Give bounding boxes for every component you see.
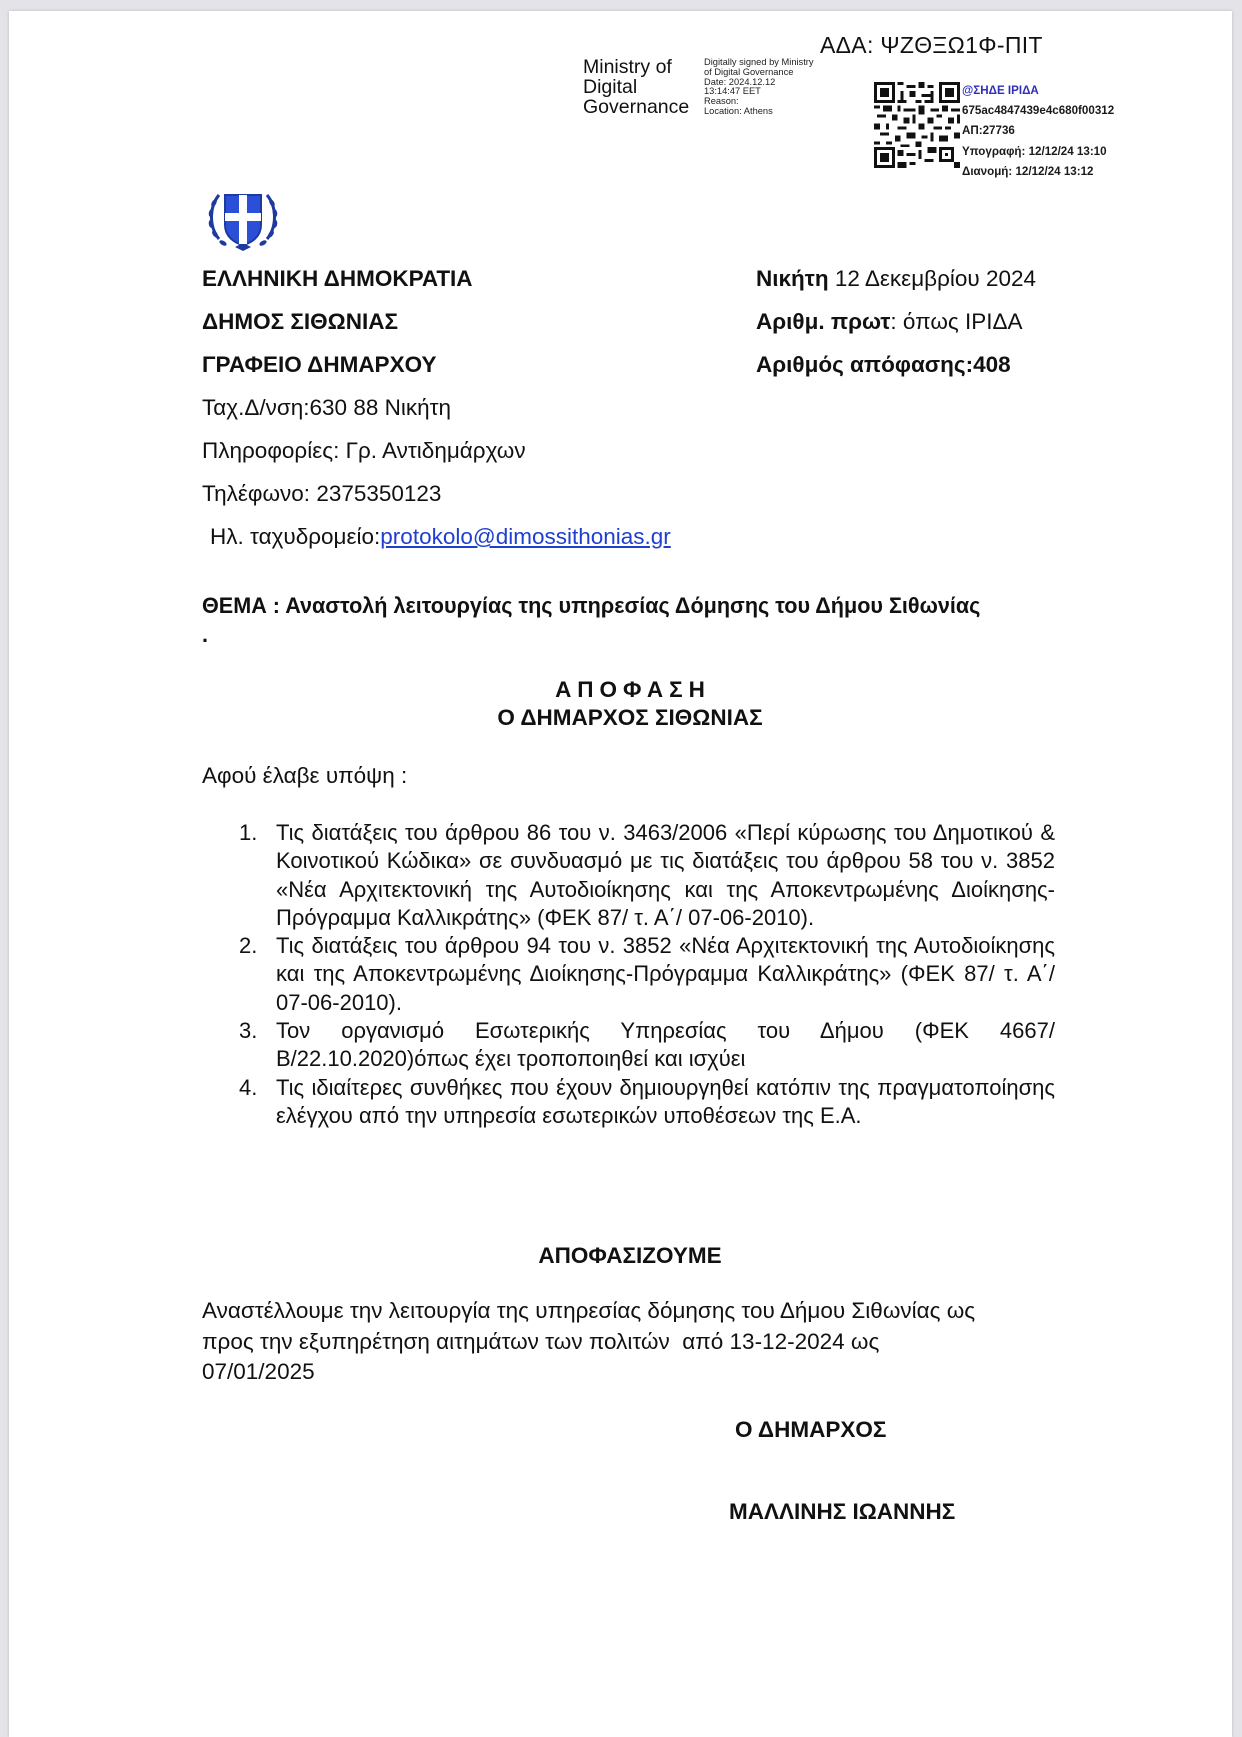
resolution-heading: ΑΠΟΦΑΣΙΖΟΥΜΕ bbox=[9, 1243, 1242, 1269]
irida-distributed: Διανομή: 12/12/24 13:12 bbox=[962, 162, 1114, 182]
document-meta: Νικήτη 12 Δεκεμβρίου 2024 Αριθμ. πρωτ: ό… bbox=[756, 257, 1036, 386]
email-line: Ηλ. ταχυδρομείο:protokolo@dimossithonias… bbox=[202, 515, 671, 558]
email-label: Ηλ. ταχυδρομείο: bbox=[210, 524, 380, 549]
issuer-block: ΕΛΛΗΝΙΚΗ ΔΗΜΟΚΡΑΤΙΑ ΔΗΜΟΣ ΣΙΘΩΝΙΑΣ ΓΡΑΦΕ… bbox=[202, 257, 671, 558]
irida-stamp: @ΣΗΔΕ ΙΡΙΔΑ 675ac4847439e4c680f00312 ΑΠ:… bbox=[962, 81, 1114, 182]
considerations-list: 1.Τις διατάξεις του άρθρου 86 του ν. 346… bbox=[239, 819, 1055, 1130]
resolution-text: Αναστέλλουμε την λειτουργία της υπηρεσία… bbox=[202, 1296, 1072, 1388]
digital-signature-details: Digitally signed by Ministry of Digital … bbox=[704, 58, 814, 117]
subject: ΘΕΜΑ : Αναστολή λειτουργίας της υπηρεσία… bbox=[202, 591, 989, 649]
decision-heading: ΑΠΟΦΑΣΗ bbox=[9, 676, 1242, 704]
irida-brand: @ΣΗΔΕ ΙΡΙΔΑ bbox=[962, 81, 1114, 101]
phone-number: Τηλέφωνο: 2375350123 bbox=[202, 472, 671, 515]
signatory-title: Ο ΔΗΜΑΡΧΟΣ bbox=[735, 1417, 886, 1443]
considerations-intro: Αφού έλαβε υπόψη : bbox=[202, 763, 407, 789]
document-page: ΑΔΑ: ΨΖΘΞΩ1Φ-ΠΙΤ Ministry of Digital Gov… bbox=[9, 11, 1232, 1737]
republic-name: ΕΛΛΗΝΙΚΗ ΔΗΜΟΚΡΑΤΙΑ bbox=[202, 257, 671, 300]
ada-code: ΑΔΑ: ΨΖΘΞΩ1Φ-ΠΙΤ bbox=[820, 32, 1043, 59]
list-item: 2.Τις διατάξεις του άρθρου 94 του ν. 385… bbox=[239, 932, 1055, 1017]
list-item: 4.Τις ιδιαίτερες συνθήκες που έχουν δημι… bbox=[239, 1074, 1055, 1131]
irida-ap: ΑΠ:27736 bbox=[962, 121, 1114, 141]
info-contact: Πληροφορίες: Γρ. Αντιδημάρχων bbox=[202, 429, 671, 472]
list-item: 3.Τον οργανισμό Εσωτερικής Υπηρεσίας του… bbox=[239, 1017, 1055, 1074]
list-item: 1.Τις διατάξεις του άρθρου 86 του ν. 346… bbox=[239, 819, 1055, 932]
decision-title: ΑΠΟΦΑΣΗ Ο ΔΗΜΑΡΧΟΣ ΣΙΘΩΝΙΑΣ bbox=[9, 676, 1242, 732]
email-link[interactable]: protokolo@dimossithonias.gr bbox=[380, 524, 670, 549]
postal-address: Ταχ.Δ/νση:630 88 Νικήτη bbox=[202, 386, 671, 429]
place-date: Νικήτη 12 Δεκεμβρίου 2024 bbox=[756, 257, 1036, 300]
decision-number: Αριθμός απόφασης:408 bbox=[756, 343, 1036, 386]
qr-code-icon bbox=[874, 81, 960, 169]
office-name: ΓΡΑΦΕΙΟ ΔΗΜΑΡΧΟΥ bbox=[202, 343, 671, 386]
municipality-name: ΔΗΜΟΣ ΣΙΘΩΝΙΑΣ bbox=[202, 300, 671, 343]
signatory-name: ΜΑΛΛΙΝΗΣ ΙΩΑΝΝΗΣ bbox=[729, 1499, 955, 1525]
decision-subheading: Ο ΔΗΜΑΡΧΟΣ ΣΙΘΩΝΙΑΣ bbox=[9, 704, 1242, 732]
digital-signature-ministry: Ministry of Digital Governance bbox=[583, 57, 689, 117]
protocol-number: Αριθμ. πρωτ: όπως ΙΡΙΔΑ bbox=[756, 300, 1036, 343]
greek-coat-of-arms-icon bbox=[205, 181, 281, 257]
irida-signed: Υπογραφή: 12/12/24 13:10 bbox=[962, 142, 1114, 162]
irida-hash: 675ac4847439e4c680f00312 bbox=[962, 101, 1114, 121]
